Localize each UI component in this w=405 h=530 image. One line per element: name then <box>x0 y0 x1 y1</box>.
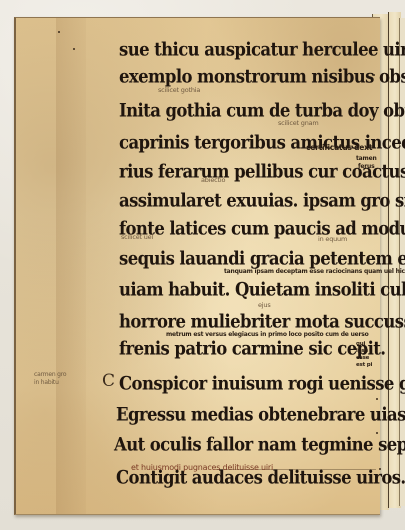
text-line-8: sequis lauandi gracia petentem equo ob <box>119 247 405 269</box>
text-line-2: exemplo monstrorum nisibus obstaturus. <box>119 65 405 87</box>
text-line-11: frenis patrio carmine sic cepit. <box>119 337 385 359</box>
text-line-3: Inita gothia cum de turba doy obuiorum g… <box>119 99 405 121</box>
gloss-line11: metrum est versus elegiacus in primo loc… <box>166 331 369 338</box>
text-line-7: fonte latices cum paucis ad modum pedis <box>119 217 405 239</box>
text-line-6: assimularet exuuias. ipsam gro siluestre <box>119 189 405 211</box>
gloss-line10: ejus <box>258 301 271 309</box>
gutter-stain <box>56 18 86 514</box>
text-line-9: uiam habuit. Quietam insoliti cultus <box>119 278 405 300</box>
text-line-12: Conspicor inuisum rogi uenisse gigantem. <box>119 372 405 394</box>
text-line-1: sue thicu auspicatur herculee uirtutis <box>119 38 405 60</box>
text-line-13: Egressu medias obtenebrare uias. <box>116 403 405 425</box>
text-line-14: Aut oculis fallor nam tegmine sepe ferin… <box>114 433 405 455</box>
gloss-line4: scilicet gnam <box>278 119 319 127</box>
gloss-line15-red: et huiusmodi pugnaces delituisse uiri <box>131 463 273 472</box>
gloss-line5-right: certificatus dext <box>306 143 372 152</box>
ink-speck <box>58 31 60 33</box>
gloss-line5-right-2: tamen <box>356 155 377 162</box>
manuscript-leaf: sue thicu auspicatur herculee uirtutis e… <box>14 17 380 515</box>
gloss-line9: tanquam ipsam deceptam esse raciocinans … <box>224 268 405 275</box>
ink-speck <box>376 398 378 400</box>
gloss-right-margin: qui ipse esse est pi <box>356 341 378 369</box>
margin-note-left-2: in habitu <box>34 379 59 386</box>
ink-speck <box>73 48 75 50</box>
text-line-10: horrore muliebriter mota succussis <box>119 310 405 332</box>
gloss-line3: scilicet gothia <box>158 86 200 94</box>
gloss-line6: abiectio <box>201 176 225 184</box>
paragraph-mark: C <box>102 371 115 391</box>
margin-note-left-1: carmen gro <box>34 371 66 378</box>
gloss-line8-left: scilicet uel <box>121 233 153 241</box>
gloss-line8-right: in equum <box>318 235 347 243</box>
gloss-line5-right-3: ferus <box>358 163 374 170</box>
